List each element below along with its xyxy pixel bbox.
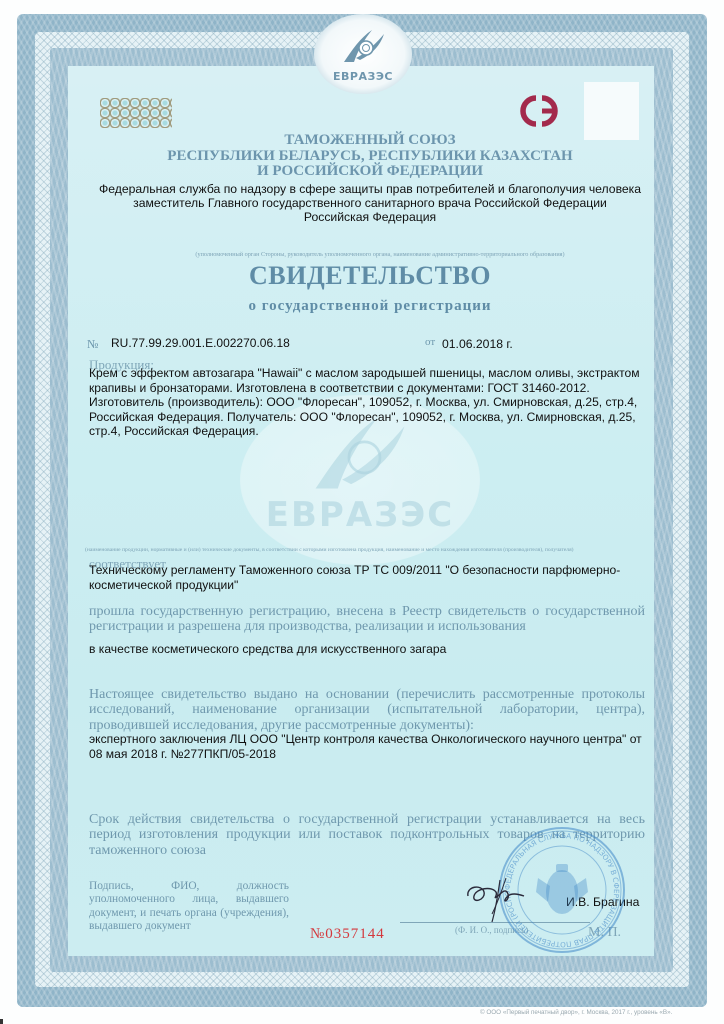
- technical-regulation: Техническому регламенту Таможенного союз…: [89, 563, 649, 592]
- union-line-3: И РОССИЙСКОЙ ФЕДЕРАЦИИ: [80, 164, 660, 180]
- certificate-date: 01.06.2018 г.: [442, 337, 513, 351]
- number-label: №: [87, 337, 98, 352]
- authority-line-1: Федеральная служба по надзору в сфере за…: [80, 182, 660, 196]
- usage-purpose: в качестве косметического средства для и…: [89, 642, 649, 656]
- issuance-basis-label: Настоящее свидетельство выдано на основа…: [89, 687, 645, 733]
- certificate-page: ЕВРАЗЭС ЕВРАЗЭС ФЕДЕРАЛЬНАЯ СЛУЖБА ПО НА…: [0, 0, 724, 1024]
- blank-serial-number: №0357144: [310, 926, 385, 943]
- union-line-1: ТАМОЖЕННЫЙ СОЮЗ: [80, 133, 660, 149]
- product-description: Крем с эффектом автозагара "Hawaii" с ма…: [89, 366, 649, 439]
- product-caption: (наименование продукции, нормативные и (…: [85, 547, 655, 553]
- issuing-authority: Федеральная служба по надзору в сфере за…: [80, 182, 660, 224]
- handwritten-signature: [462, 874, 532, 924]
- registration-statement: прошла государственную регистрацию, внес…: [89, 604, 645, 635]
- union-line-2: РЕСПУБЛИКИ БЕЛАРУСЬ, РЕСПУБЛИКИ КАЗАХСТА…: [80, 149, 660, 165]
- signature-label: Подпись, ФИО, должность уполномоченного …: [89, 880, 289, 934]
- customs-union-heading: ТАМОЖЕННЫЙ СОЮЗ РЕСПУБЛИКИ БЕЛАРУСЬ, РЕС…: [80, 133, 660, 180]
- document-title: СВИДЕТЕЛЬСТВО: [80, 261, 660, 291]
- authority-line-3: Российская Федерация: [80, 210, 660, 224]
- document-subtitle: о государственной регистрации: [80, 298, 660, 315]
- authority-line-2: заместитель Главного государственного са…: [80, 196, 660, 210]
- certificate-number: RU.77.99.29.001.E.002270.06.18: [111, 336, 290, 350]
- printer-imprint: © ООО «Первый печатный двор», г. Москва,…: [480, 1009, 672, 1016]
- date-label: от: [425, 336, 435, 348]
- expert-conclusion: экспертного заключения ЛЦ ООО "Центр кон…: [89, 732, 649, 761]
- coat-of-arms-icon: [536, 864, 588, 914]
- authority-caption: (уполномоченный орган Стороны, руководит…: [100, 251, 660, 258]
